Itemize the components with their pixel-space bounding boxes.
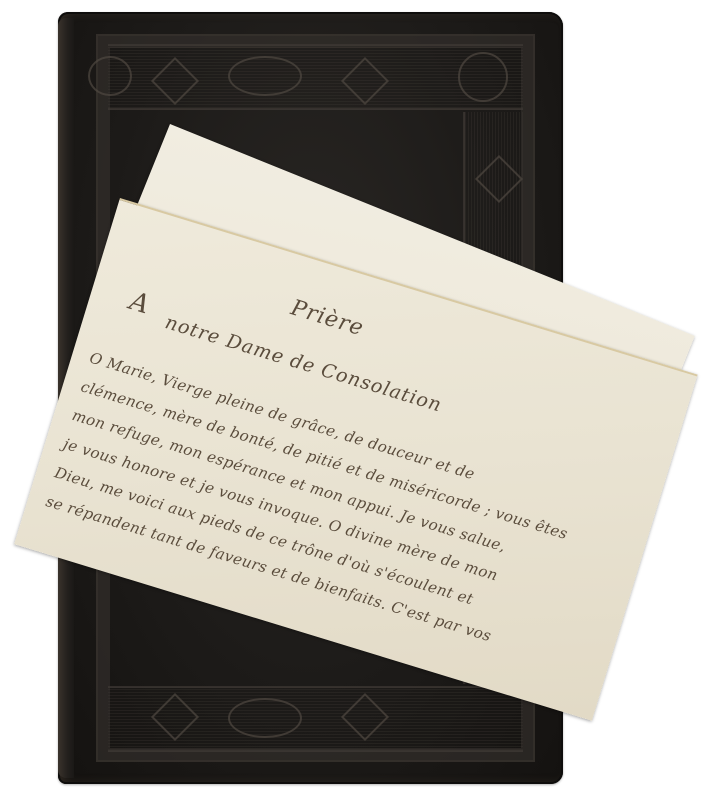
photo-scene: Prière A notre Dame de Consolation O Mar… bbox=[0, 0, 712, 800]
embossed-ornament-icon bbox=[228, 56, 302, 96]
embossed-rosette-icon bbox=[458, 52, 508, 102]
embossed-ornament-icon bbox=[228, 698, 302, 738]
subtitle-initial: A bbox=[126, 286, 154, 320]
prayer-heading: Prière bbox=[288, 295, 367, 341]
embossed-ornament-icon bbox=[88, 56, 132, 96]
